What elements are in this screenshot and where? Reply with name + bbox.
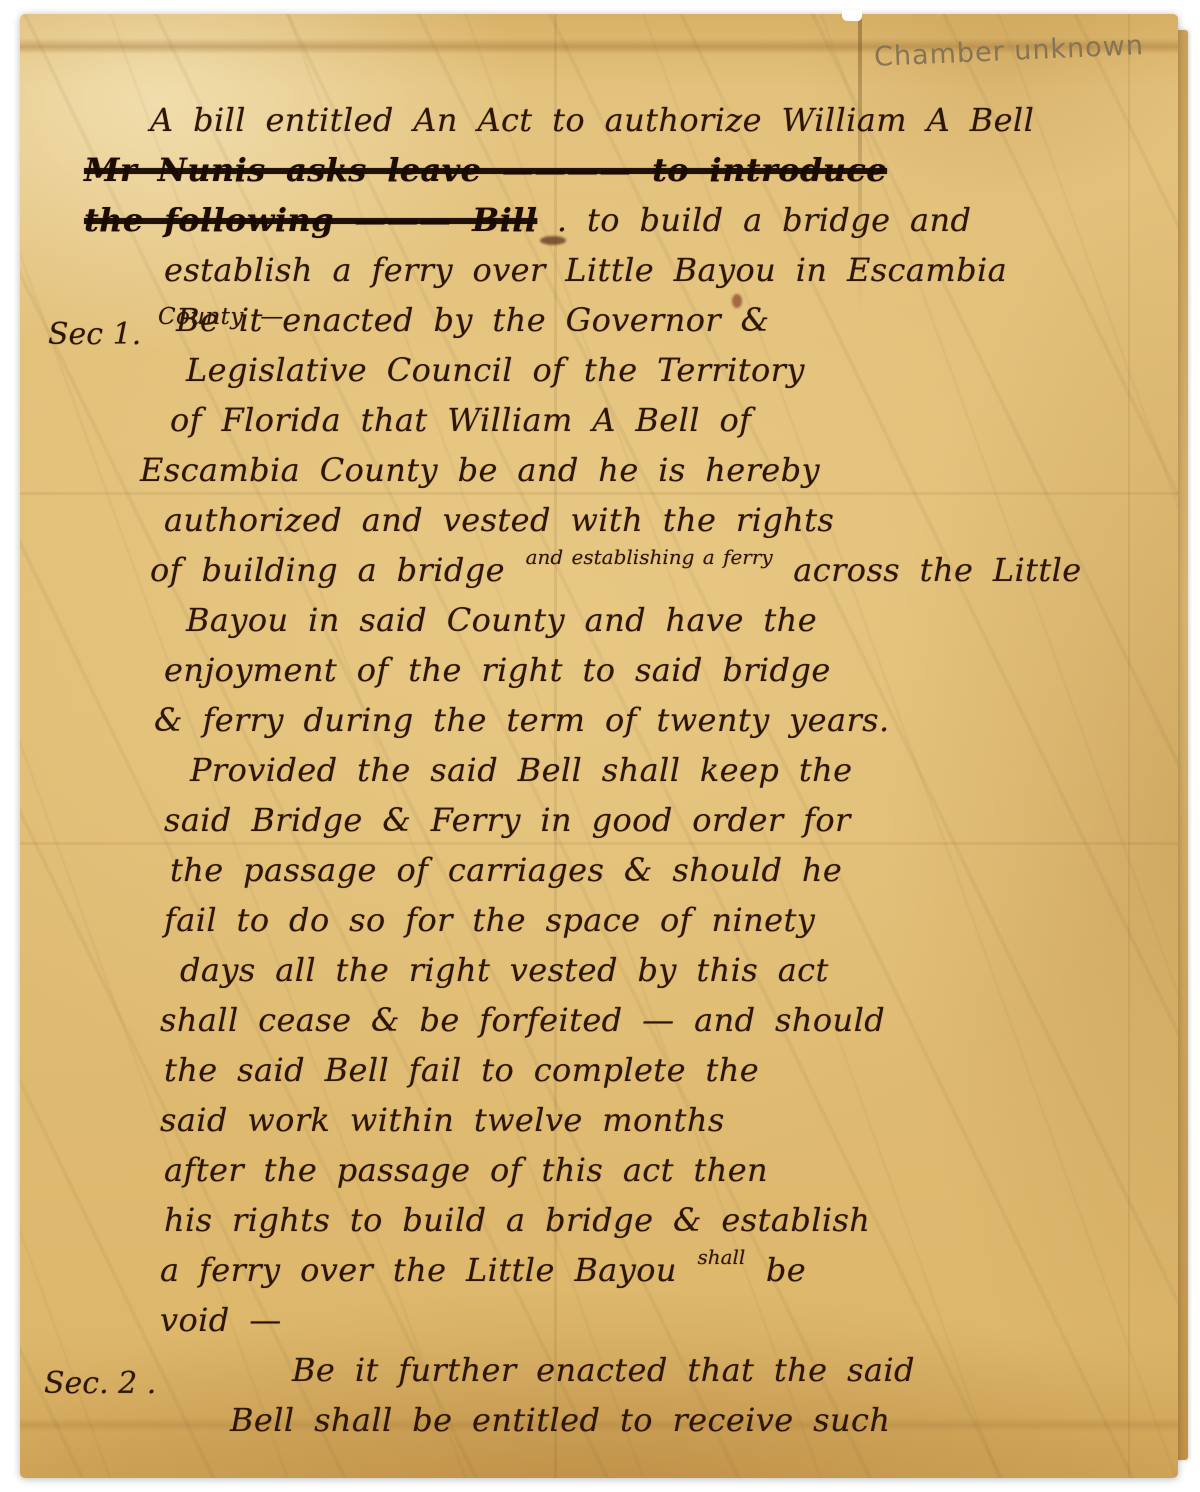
manuscript-line: the following ——— Bill . to build a brid… [84,195,1160,245]
struck-text: the following ——— Bill [84,201,537,239]
manuscript-line: enjoyment of the right to said bridge [164,645,1160,695]
manuscript-line: fail to do so for the space of ninety [164,895,1160,945]
manuscript-line: after the passage of this act then [164,1145,1160,1195]
manuscript-line: Mr Nunis asks leave ———— to introduce [84,145,1160,195]
manuscript-line: said work within twelve months [160,1095,1160,1145]
line-text: of building a bridge [150,551,525,589]
manuscript-line: the said Bell fail to complete the [164,1045,1160,1095]
manuscript-line: void — [160,1295,1160,1345]
manuscript-body: A bill entitled An Act to authorize Will… [80,95,1160,1445]
manuscript-line: authorized and vested with the rights [164,495,1160,545]
manuscript-line: said Bridge & Ferry in good order for [164,795,1160,845]
paper-edge-notch [842,10,862,22]
manuscript-line-county: County — [158,305,284,329]
chamber-annotation: Chamber unknown [874,30,1145,73]
manuscript-line: of Florida that William A Bell of [170,395,1160,445]
manuscript-line: Bayou in said County and have the [186,595,1160,645]
manuscript-line: Be it enacted by the Governor & [176,295,1160,345]
manuscript-line: A bill entitled An Act to authorize Will… [150,95,1160,145]
line-text: be [746,1251,806,1289]
manuscript-line: Legislative Council of the Territory [186,345,1160,395]
scan-background: Chamber unknown Sec 1. Sec. 2 . A bill e… [0,0,1200,1492]
manuscript-line: Be it further enacted that the said [292,1345,1160,1395]
manuscript-line: a ferry over the Little Bayou shall be [160,1245,1160,1295]
manuscript-line: shall cease & be forfeited — and should [160,995,1160,1045]
manuscript-line: & ferry during the term of twenty years. [154,695,1160,745]
line-text: across the Little [774,551,1082,589]
manuscript-line: the passage of carriages & should he [170,845,1160,895]
manuscript-page: Chamber unknown Sec 1. Sec. 2 . A bill e… [20,14,1178,1478]
manuscript-line: establish a ferry over Little Bayou in E… [164,245,1160,295]
manuscript-line: his rights to build a bridge & establish [164,1195,1160,1245]
manuscript-line: days all the right vested by this act [180,945,1160,995]
manuscript-line: Provided the said Bell shall keep the [190,745,1160,795]
struck-text: Mr Nunis asks leave ———— to introduce [84,151,887,189]
manuscript-line: Escambia County be and he is hereby [140,445,1160,495]
line-text: . to build a bridge and [537,201,971,239]
manuscript-line: Bell shall be entitled to receive such [230,1395,1160,1445]
line-text: a ferry over the Little Bayou [160,1251,696,1289]
manuscript-line: of building a bridge and establishing a … [150,545,1160,595]
